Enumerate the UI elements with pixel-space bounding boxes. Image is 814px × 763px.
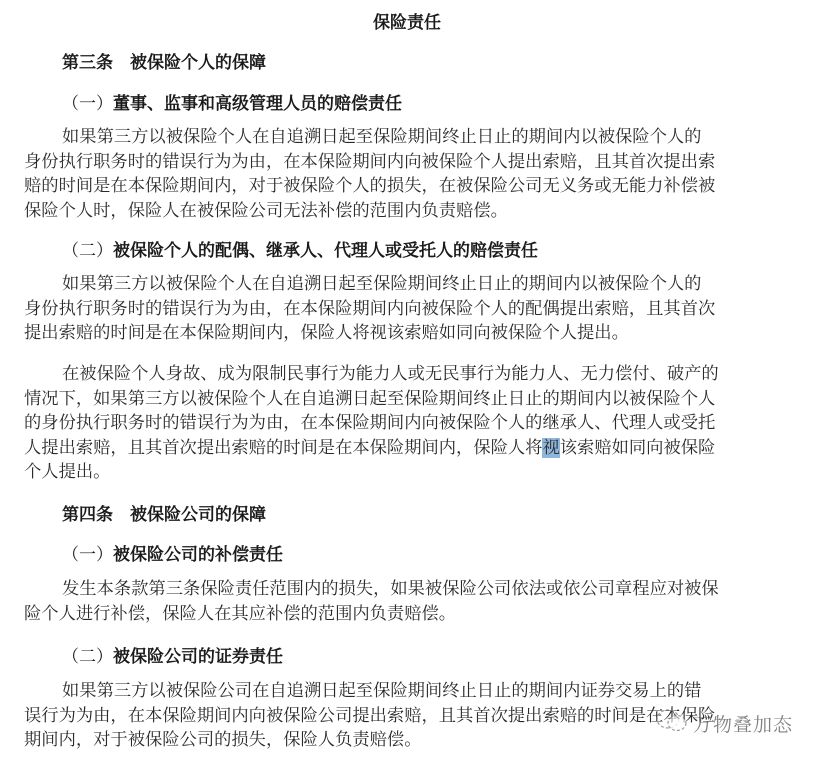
article-4-section-2-heading: （二）被保险公司的证券责任 <box>62 642 283 667</box>
article-4-heading: 第四条 被保险公司的保障 <box>62 500 266 525</box>
section-number: （一） <box>62 94 113 114</box>
text-line: 个人提出。 <box>24 460 784 485</box>
text-line: 的身份执行职务时的错误行为为由，在本保险期间内向被保险个人的继承人、代理人或受托 <box>24 411 784 436</box>
document-page: 保险责任 第三条 被保险个人的保障 （一）董事、监事和高级管理人员的赔偿责任 如… <box>0 0 814 763</box>
text-line: 发生本条款第三条保险责任范围内的损失，如果被保险公司依法或依公司章程应对被保 <box>24 577 784 602</box>
text-line: 情况下，如果第三方以被保险个人在自追溯日起至保险期间终止日止的期间内以被保险个人 <box>24 387 784 412</box>
wechat-icon <box>655 708 689 738</box>
text-line: 赔的时间是在本保险期间内，对于被保险个人的损失，在被保险公司无义务或无能力补偿被 <box>24 174 784 199</box>
text-line: 险个人进行补偿，保险人在其应补偿的范围内负责赔偿。 <box>24 602 784 627</box>
text-line: 提出索赔的时间是在本保险期间内，保险人将视该索赔如同向被保险个人提出。 <box>24 321 784 346</box>
section-number: （二） <box>62 241 113 261</box>
section-title: 被保险个人的配偶、继承人、代理人或受托人的赔偿责任 <box>113 241 538 261</box>
watermark: 万物叠加态 <box>655 708 793 738</box>
watermark-text: 万物叠加态 <box>693 710 793 737</box>
article-3-section-1-paragraph: 如果第三方以被保险个人在自追溯日起至保险期间终止日止的期间内以被保险个人的 身份… <box>24 125 784 223</box>
text-segment: 人提出索赔，且其首次提出索赔的时间是在本保险期间内，保险人将 <box>24 438 542 458</box>
text-line: 保险个人时，保险人在被保险公司无法补偿的范围内负责赔偿。 <box>24 199 784 224</box>
article-4-section-1-heading: （一）被保险公司的补偿责任 <box>62 540 283 565</box>
article-3-section-2-paragraph-1: 如果第三方以被保险个人在自追溯日起至保险期间终止日止的期间内以被保险个人的 身份… <box>24 272 784 346</box>
article-3-section-1-heading: （一）董事、监事和高级管理人员的赔偿责任 <box>62 89 402 114</box>
section-title: 董事、监事和高级管理人员的赔偿责任 <box>113 94 402 114</box>
text-line: 在被保险个人身故、成为限制民事行为能力人或无民事行为能力人、无力偿付、破产的 <box>24 362 784 387</box>
document-title: 保险责任 <box>0 8 814 33</box>
selected-text-highlight[interactable]: 视 <box>542 438 559 458</box>
text-line: 如果第三方以被保险公司在自追溯日起至保险期间终止日止的期间内证券交易上的错 <box>24 679 784 704</box>
article-3-section-2-paragraph-2: 在被保险个人身故、成为限制民事行为能力人或无民事行为能力人、无力偿付、破产的 情… <box>24 362 784 485</box>
section-title: 被保险公司的证券责任 <box>113 647 283 667</box>
text-line: 如果第三方以被保险个人在自追溯日起至保险期间终止日止的期间内以被保险个人的 <box>24 125 784 150</box>
section-number: （二） <box>62 647 113 667</box>
article-3-section-2-heading: （二）被保险个人的配偶、继承人、代理人或受托人的赔偿责任 <box>62 236 538 261</box>
text-line: 身份执行职务时的错误行为为由，在本保险期间内向被保险个人提出索赔，且其首次提出索 <box>24 150 784 175</box>
text-line[interactable]: 人提出索赔，且其首次提出索赔的时间是在本保险期间内，保险人将视该索赔如同向被保险 <box>24 436 784 461</box>
article-3-heading: 第三条 被保险个人的保障 <box>62 48 266 73</box>
text-segment: 该索赔如同向被保险 <box>560 438 716 458</box>
text-line: 身份执行职务时的错误行为为由，在本保险期间内向被保险个人的配偶提出索赔，且其首次 <box>24 297 784 322</box>
article-4-section-1-paragraph: 发生本条款第三条保险责任范围内的损失，如果被保险公司依法或依公司章程应对被保 险… <box>24 577 784 626</box>
section-number: （一） <box>62 545 113 565</box>
text-line: 如果第三方以被保险个人在自追溯日起至保险期间终止日止的期间内以被保险个人的 <box>24 272 784 297</box>
section-title: 被保险公司的补偿责任 <box>113 545 283 565</box>
